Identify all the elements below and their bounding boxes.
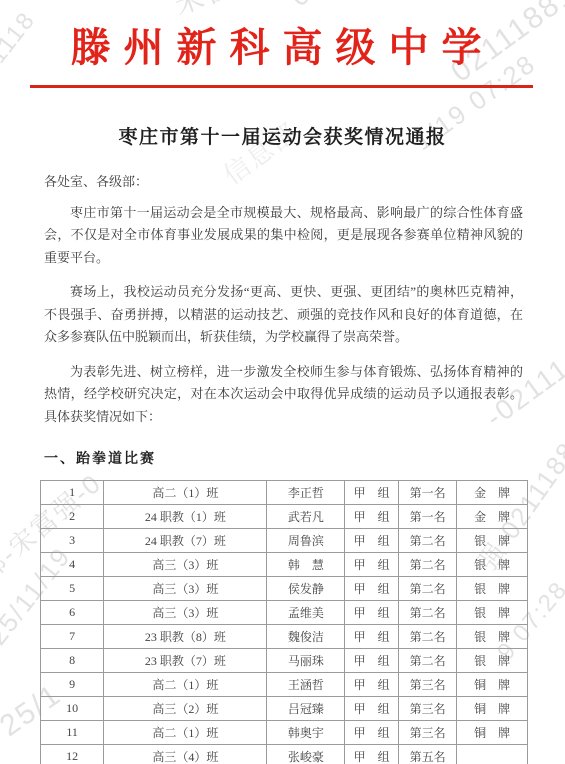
- cell-rank: 第三名: [398, 673, 456, 697]
- cell-rank: 第一名: [398, 481, 456, 505]
- cell-rank: 第二名: [398, 577, 456, 601]
- table-row: 11 高二（1）班 韩奥宇 甲 组 第三名 铜 牌: [41, 721, 528, 745]
- table-row: 1 高二（1）班 李正哲 甲 组 第一名 金 牌: [41, 481, 528, 505]
- cell-medal: [457, 745, 528, 764]
- cell-rank: 第一名: [398, 505, 456, 529]
- cell-no: 4: [41, 553, 104, 577]
- cell-name: 侯发静: [267, 577, 345, 601]
- document-title: 枣庄市第十一届运动会获奖情况通报: [0, 122, 565, 149]
- cell-class: 高三（3）班: [104, 553, 267, 577]
- cell-name: 王涵哲: [267, 673, 345, 697]
- cell-rank: 第二名: [398, 601, 456, 625]
- cell-medal: 银 牌: [457, 625, 528, 649]
- cell-name: 武若凡: [267, 505, 345, 529]
- cell-group: 甲 组: [345, 529, 399, 553]
- cell-no: 5: [41, 577, 104, 601]
- cell-name: 周鲁滨: [267, 529, 345, 553]
- cell-name: 孟维美: [267, 601, 345, 625]
- award-table: 1 高二（1）班 李正哲 甲 组 第一名 金 牌 2 24 职教（1）班 武若凡…: [40, 480, 528, 764]
- cell-rank: 第二名: [398, 529, 456, 553]
- cell-no: 12: [41, 745, 104, 764]
- table-row: 5 高三（3）班 侯发静 甲 组 第二名 银 牌: [41, 577, 528, 601]
- cell-class: 24 职教（7）班: [104, 529, 267, 553]
- document-body: 各处室、各级部： 枣庄市第十一届运动会是全市规模最大、规格最高、影响最广的综合性…: [44, 171, 523, 428]
- cell-group: 甲 组: [345, 721, 399, 745]
- cell-group: 甲 组: [345, 481, 399, 505]
- table-row: 7 23 职教（8）班 魏俊洁 甲 组 第二名 银 牌: [41, 625, 528, 649]
- cell-rank: 第三名: [398, 697, 456, 721]
- cell-medal: 银 牌: [457, 577, 528, 601]
- salutation: 各处室、各级部：: [44, 171, 523, 194]
- cell-no: 7: [41, 625, 104, 649]
- cell-class: 24 职教（1）班: [104, 505, 267, 529]
- cell-rank: 第二名: [398, 625, 456, 649]
- paragraph-3: 为表彰先进、树立榜样，进一步激发全校师生参与体育锻炼、弘扬体育精神的热情，经学校…: [44, 361, 523, 429]
- cell-group: 甲 组: [345, 697, 399, 721]
- cell-medal: 银 牌: [457, 649, 528, 673]
- table-row: 3 24 职教（7）班 周鲁滨 甲 组 第二名 银 牌: [41, 529, 528, 553]
- cell-rank: 第五名: [398, 745, 456, 764]
- table-row: 9 高二（1）班 王涵哲 甲 组 第三名 铜 牌: [41, 673, 528, 697]
- header-divider-rule: [30, 85, 533, 88]
- cell-class: 高三（2）班: [104, 697, 267, 721]
- cell-group: 甲 组: [345, 505, 399, 529]
- section-heading-taekwondo: 一、跆拳道比赛: [44, 448, 523, 468]
- cell-no: 3: [41, 529, 104, 553]
- cell-medal: 金 牌: [457, 505, 528, 529]
- paragraph-1: 枣庄市第十一届运动会是全市规模最大、规格最高、影响最广的综合性体育盛会，不仅是对…: [44, 202, 523, 270]
- cell-group: 甲 组: [345, 601, 399, 625]
- cell-medal: 银 牌: [457, 529, 528, 553]
- cell-medal: 铜 牌: [457, 697, 528, 721]
- cell-no: 8: [41, 649, 104, 673]
- cell-name: 张峻豪: [267, 745, 345, 764]
- cell-no: 9: [41, 673, 104, 697]
- cell-class: 高三（3）班: [104, 601, 267, 625]
- table-row: 6 高三（3）班 孟维美 甲 组 第二名 银 牌: [41, 601, 528, 625]
- paragraph-2: 赛场上，我校运动员充分发扬“更高、更快、更强、更团结”的奥林匹克精神，不畏强手、…: [44, 281, 523, 349]
- document-page: 滕州新科高级中学 枣庄市第十一届运动会获奖情况通报 各处室、各级部： 枣庄市第十…: [0, 16, 565, 764]
- cell-medal: 铜 牌: [457, 673, 528, 697]
- watermark-fragment: 07:28: [284, 0, 367, 13]
- table-row: 4 高三（3）班 韩 慧 甲 组 第二名 银 牌: [41, 553, 528, 577]
- cell-medal: 金 牌: [457, 481, 528, 505]
- cell-no: 1: [41, 481, 104, 505]
- cell-name: 马丽珠: [267, 649, 345, 673]
- cell-name: 吕冠臻: [267, 697, 345, 721]
- cell-no: 2: [41, 505, 104, 529]
- cell-group: 甲 组: [345, 553, 399, 577]
- cell-name: 韩 慧: [267, 553, 345, 577]
- cell-name: 魏俊洁: [267, 625, 345, 649]
- cell-name: 李正哲: [267, 481, 345, 505]
- cell-group: 甲 组: [345, 673, 399, 697]
- cell-rank: 第二名: [398, 553, 456, 577]
- cell-group: 甲 组: [345, 649, 399, 673]
- school-name-header: 滕州新科高级中学: [0, 16, 565, 73]
- table-row: 10 高三（2）班 吕冠臻 甲 组 第三名 铜 牌: [41, 697, 528, 721]
- cell-class: 高二（1）班: [104, 721, 267, 745]
- cell-medal: 银 牌: [457, 553, 528, 577]
- cell-class: 高二（1）班: [104, 673, 267, 697]
- cell-no: 10: [41, 697, 104, 721]
- cell-no: 6: [41, 601, 104, 625]
- table-row: 2 24 职教（1）班 武若凡 甲 组 第一名 金 牌: [41, 505, 528, 529]
- cell-medal: 铜 牌: [457, 721, 528, 745]
- cell-rank: 第三名: [398, 721, 456, 745]
- cell-group: 甲 组: [345, 577, 399, 601]
- cell-class: 23 职教（8）班: [104, 625, 267, 649]
- cell-class: 高三（3）班: [104, 577, 267, 601]
- cell-name: 韩奥宇: [267, 721, 345, 745]
- cell-group: 甲 组: [345, 625, 399, 649]
- table-row: 12 高三（4）班 张峻豪 甲 组 第五名: [41, 745, 528, 764]
- cell-no: 11: [41, 721, 104, 745]
- cell-class: 高三（4）班: [104, 745, 267, 764]
- cell-medal: 银 牌: [457, 601, 528, 625]
- cell-class: 高二（1）班: [104, 481, 267, 505]
- cell-class: 23 职教（7）班: [104, 649, 267, 673]
- table-row: 8 23 职教（7）班 马丽珠 甲 组 第二名 银 牌: [41, 649, 528, 673]
- cell-group: 甲 组: [345, 745, 399, 764]
- cell-rank: 第二名: [398, 649, 456, 673]
